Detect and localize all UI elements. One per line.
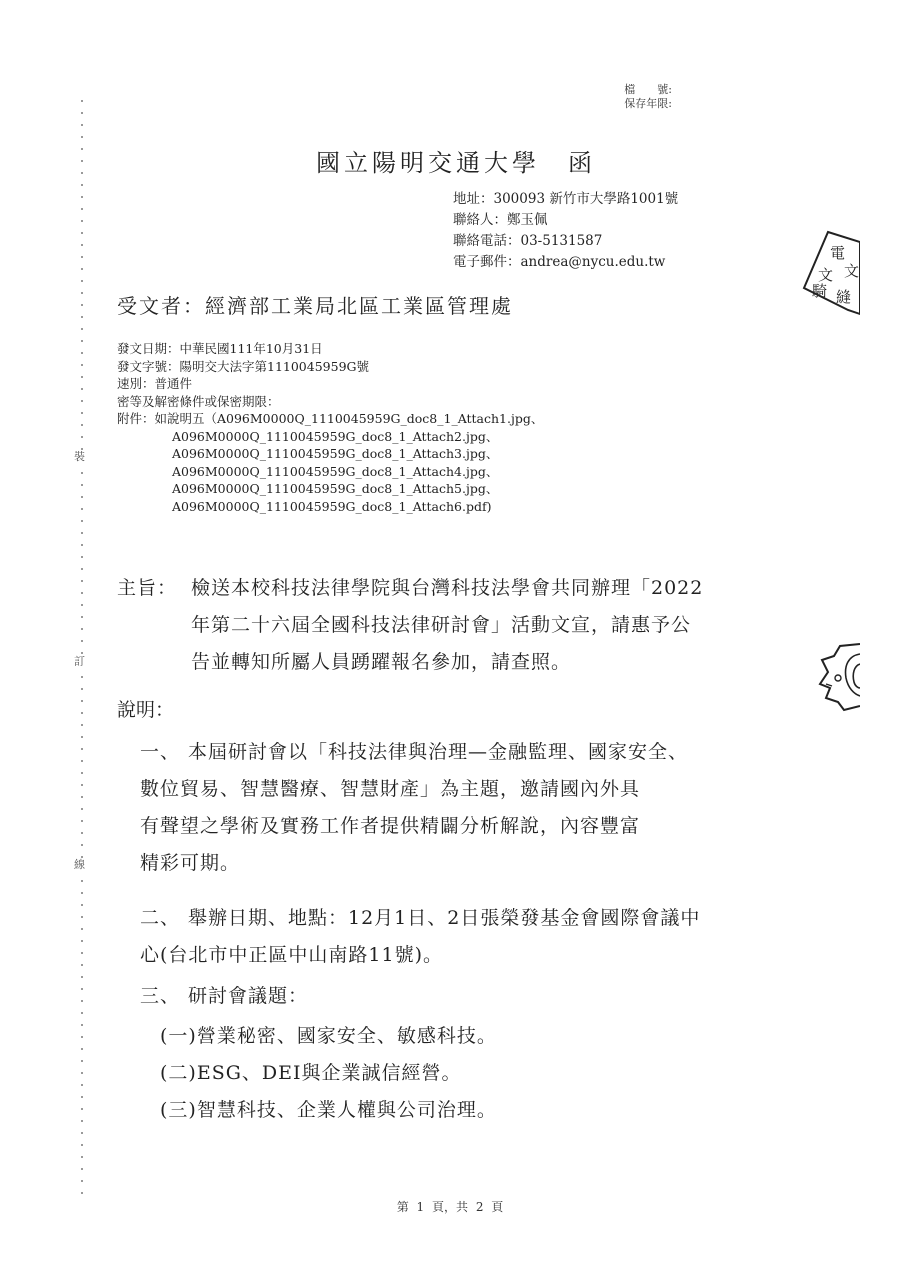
item-line: 精彩可期。 <box>140 845 688 882</box>
conference-topics: (一)營業秘密、國家安全、敏感科技。 (二)ESG、DEI與企業誠信經營。 (三… <box>160 1018 497 1129</box>
explanation-item-1: 一、本屆研討會以「科技法律與治理—金融監理、國家安全、 數位貿易、智慧醫療、智慧… <box>140 734 688 882</box>
seal-stamp-fragment-icon <box>818 642 860 712</box>
topic-item: (二)ESG、DEI與企業誠信經營。 <box>160 1055 497 1092</box>
attachment-item: A096M0000Q_1110045959G_doc8_1_Attach3.jp… <box>117 445 543 463</box>
file-number-label: 檔 號: <box>624 83 672 97</box>
contact-block: 地址：300093 新竹市大學路1001號 聯絡人：鄭玉佩 聯絡電話：03-51… <box>453 189 678 273</box>
item-line: 研討會議題： <box>188 985 308 1007</box>
binding-mark-xian: 線 <box>74 858 85 872</box>
svg-text:縫: 縫 <box>836 288 851 306</box>
subject-line: 告並轉知所屬人員踴躍報名參加，請查照。 <box>117 644 703 681</box>
contact-person: 聯絡人：鄭玉佩 <box>453 210 678 231</box>
attachment-item: A096M0000Q_1110045959G_doc8_1_Attach6.pd… <box>117 498 543 516</box>
item-line: 有聲望之學術及實務工作者提供精闢分析解說，內容豐富 <box>140 808 688 845</box>
security-level: 密等及解密條件或保密期限： <box>117 393 543 411</box>
contact-email: 電子郵件：andrea@nycu.edu.tw <box>453 252 678 273</box>
explanation-item-2: 二、舉辦日期、地點：12月1日、2日張榮發基金會國際會議中 心(台北市中正區中山… <box>140 900 700 974</box>
subject-line: 檢送本校科技法律學院與台灣科技法學會共同辦理「2022 <box>191 577 703 599</box>
address: 地址：300093 新竹市大學路1001號 <box>453 189 678 210</box>
binding-mark-zhuang: 裝 <box>74 450 85 464</box>
delivery-speed: 速別：普通件 <box>117 375 543 393</box>
electronic-exchange-stamp-icon: 電 文 文 騎 縫 <box>800 228 860 318</box>
attachment-item: A096M0000Q_1110045959G_doc8_1_Attach5.jp… <box>117 480 543 498</box>
item-line: 數位貿易、智慧醫療、智慧財產」為主題，邀請國內外具 <box>140 771 688 808</box>
document-meta: 發文日期：中華民國111年10月31日 發文字號：陽明交大法字第11100459… <box>117 340 543 515</box>
contact-phone: 聯絡電話：03-5131587 <box>453 231 678 252</box>
item-number: 三、 <box>140 978 188 1015</box>
topic-item: (三)智慧科技、企業人權與公司治理。 <box>160 1092 497 1129</box>
subject-label: 主旨： <box>117 570 191 607</box>
subject-line: 年第二十六屆全國科技法律研討會」活動文宣，請惠予公 <box>117 607 703 644</box>
item-line: 舉辦日期、地點：12月1日、2日張榮發基金會國際會議中 <box>188 907 700 929</box>
topic-item: (一)營業秘密、國家安全、敏感科技。 <box>160 1018 497 1055</box>
recipient: 受文者：經濟部工業局北區工業區管理處 <box>117 290 513 319</box>
attachment-item: A096M0000Q_1110045959G_doc8_1_Attach2.jp… <box>117 428 543 446</box>
page-number: 第 1 頁，共 2 頁 <box>0 1198 900 1215</box>
attachment-item: A096M0000Q_1110045959G_doc8_1_Attach4.jp… <box>117 463 543 481</box>
subject-section: 主旨：檢送本校科技法律學院與台灣科技法學會共同辦理「2022 年第二十六屆全國科… <box>117 570 703 681</box>
svg-text:文: 文 <box>844 262 859 280</box>
binding-dotted-line <box>81 95 83 1195</box>
item-number: 二、 <box>140 900 188 937</box>
file-meta: 檔 號: 保存年限: <box>624 83 672 111</box>
document-title: 國立陽明交通大學 函 <box>316 143 596 178</box>
svg-text:騎: 騎 <box>811 282 827 300</box>
document-number: 發文字號：陽明交大法字第1110045959G號 <box>117 358 543 376</box>
item-line: 心(台北市中正區中山南路11號)。 <box>140 937 700 974</box>
item-line: 本屆研討會以「科技法律與治理—金融監理、國家安全、 <box>188 741 688 763</box>
svg-text:電: 電 <box>830 244 845 262</box>
explanation-label: 說明： <box>117 695 174 722</box>
binding-mark-ding: 訂 <box>74 655 85 669</box>
issue-date: 發文日期：中華民國111年10月31日 <box>117 340 543 358</box>
explanation-item-3: 三、研討會議題： <box>140 978 308 1015</box>
attachments-label: 附件：如說明五（A096M0000Q_1110045959G_doc8_1_At… <box>117 410 543 428</box>
retention-period-label: 保存年限: <box>624 97 672 111</box>
item-number: 一、 <box>140 734 188 771</box>
